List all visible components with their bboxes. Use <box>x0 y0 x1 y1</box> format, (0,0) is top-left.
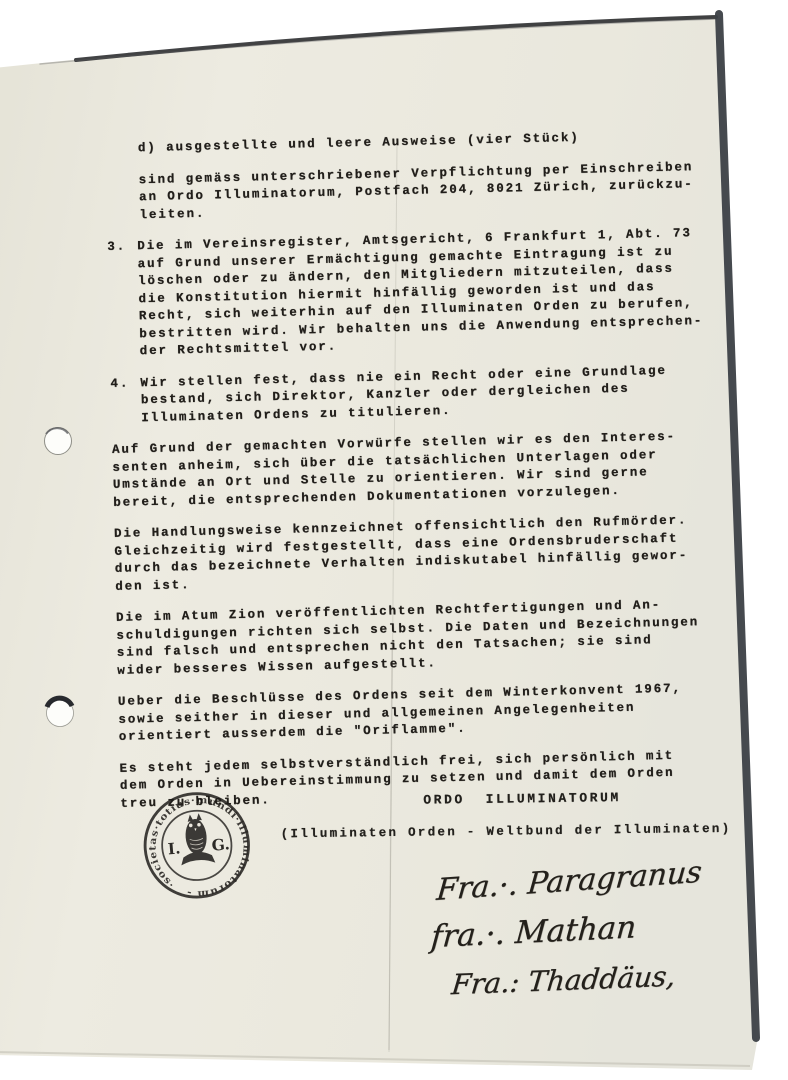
signature: Fra.: Thaddäus, <box>450 960 677 1002</box>
owl-icon <box>177 812 215 865</box>
seal-letter-right: G. <box>211 835 230 854</box>
letter-closing: ·societas·totius·mundi·illuminatorum - I… <box>0 0 788 1080</box>
org-subtitle: (Illuminaten Orden - Weltbund der Illumi… <box>281 822 732 842</box>
order-seal: ·societas·totius·mundi·illuminatorum - I… <box>137 786 256 905</box>
scanned-letter: d) ausgestellte und leere Ausweise (vier… <box>0 0 788 1080</box>
signature: Fra.·. Paragranus <box>435 855 703 908</box>
signature: fra.·. Mathan <box>430 909 638 955</box>
seal-letter-left: I. <box>167 839 181 858</box>
org-name: ORDO ILLUMINATORUM <box>423 790 621 807</box>
